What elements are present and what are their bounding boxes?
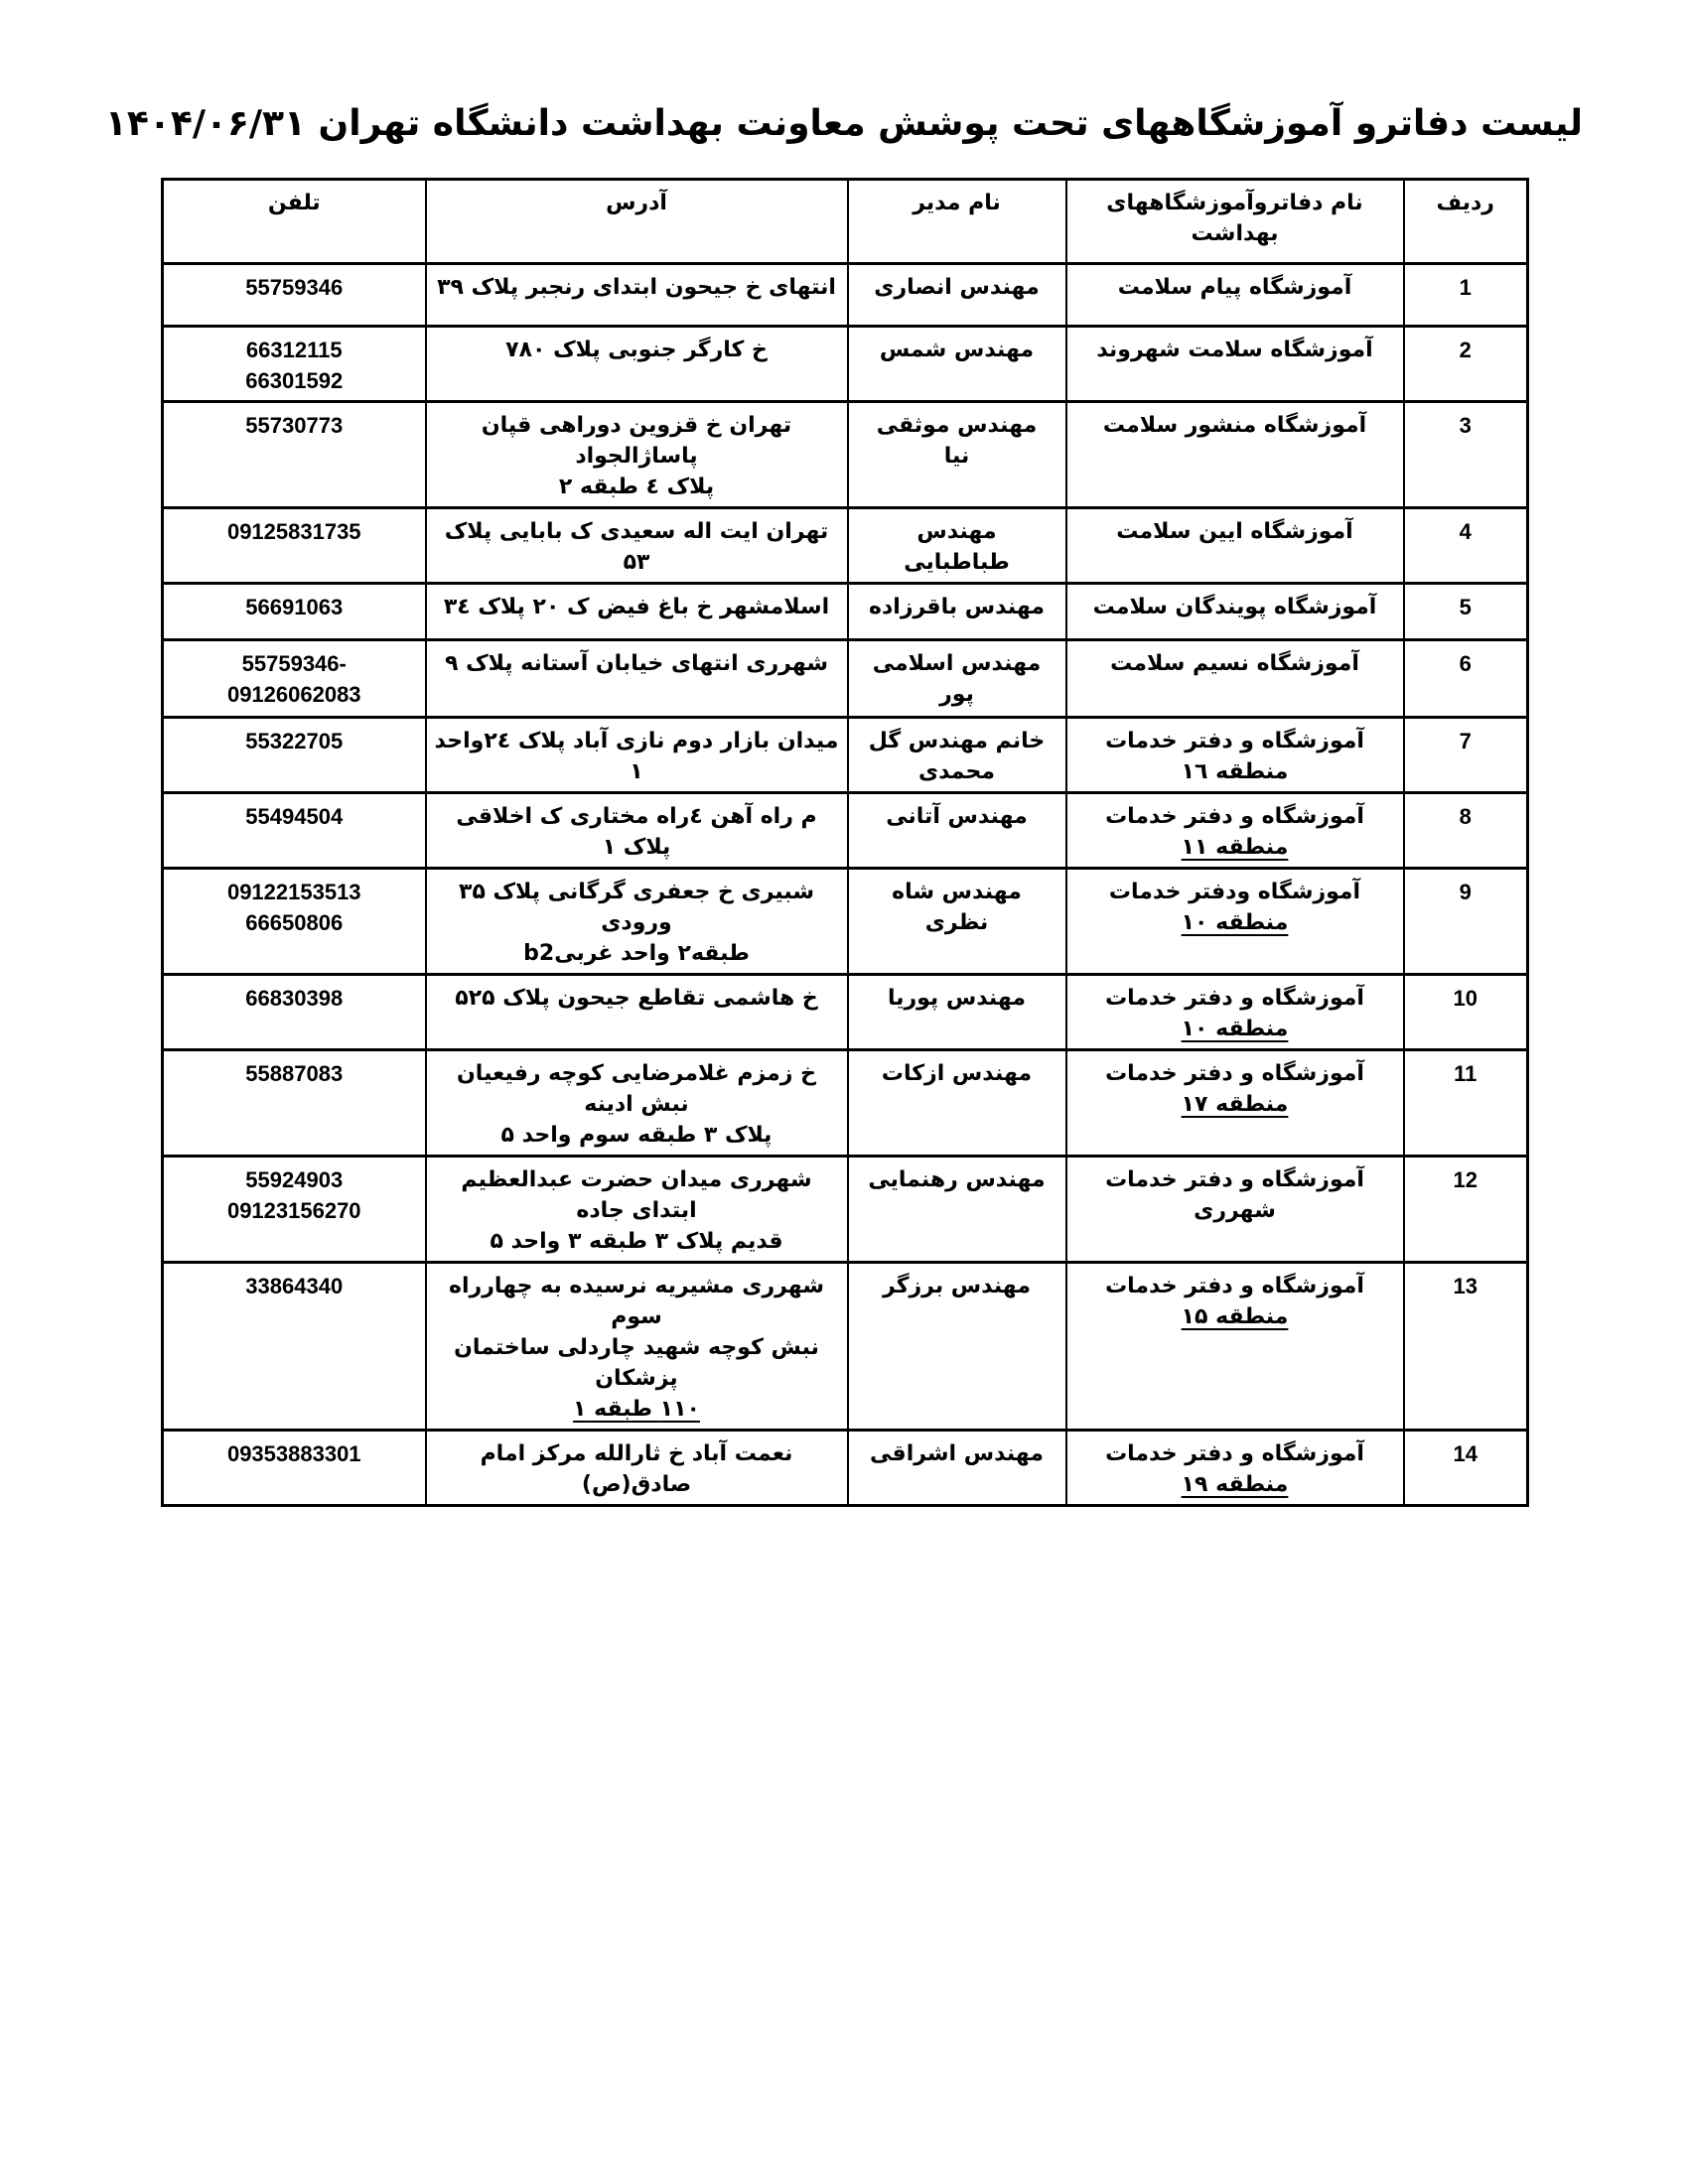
cell-line: 14 bbox=[1411, 1438, 1521, 1469]
cell-line: 66301592 bbox=[170, 365, 419, 396]
header-row: ردیفنام دفاتروآموزشگاههایبهداشتنام مدیرآ… bbox=[163, 180, 1528, 264]
cell-line: پلاک ٤ طبقه ۲ bbox=[433, 472, 841, 502]
cell-line: آدرس bbox=[433, 188, 841, 218]
cell-line: 13 bbox=[1411, 1271, 1521, 1301]
cell-line: 2 bbox=[1411, 335, 1521, 365]
cell-phone: 55730773 bbox=[163, 402, 426, 508]
cell-line: 09125831735 bbox=[170, 516, 419, 547]
cell-line: نام مدیر bbox=[855, 188, 1059, 218]
cell-line: شهرری میدان حضرت عبدالعظیم ابتدای جاده bbox=[433, 1164, 841, 1226]
cell-line: شهرری مشیریه نرسیده به چهارراه سوم bbox=[433, 1271, 841, 1332]
cell-line: 09123156270 bbox=[170, 1195, 419, 1226]
cell-line: آموزشگاه و دفتر خدمات bbox=[1073, 1438, 1397, 1469]
cell-line: 5 bbox=[1411, 592, 1521, 622]
cell-line: پور bbox=[855, 679, 1059, 710]
table-row: 1آموزشگاه پیام سلامتمهندس انصاریانتهای خ… bbox=[163, 264, 1528, 327]
cell-line: خانم مهندس گل bbox=[855, 726, 1059, 756]
cell-line: مهندس اسلامی bbox=[855, 648, 1059, 679]
cell-line: 4 bbox=[1411, 516, 1521, 547]
cell-line: خ کارگر جنوبی پلاک ۷۸۰ bbox=[433, 335, 841, 365]
cell-manager: مهندس رهنمایی bbox=[848, 1157, 1066, 1263]
cell-line: آموزشگاه و دفتر خدمات bbox=[1073, 801, 1397, 832]
cell-manager: مهندس شمس bbox=[848, 327, 1066, 402]
cell-line: 6 bbox=[1411, 648, 1521, 679]
cell-line: مهندس اشراقی bbox=[855, 1438, 1059, 1469]
cell-line: 66650806 bbox=[170, 907, 419, 938]
cell-line: محمدی bbox=[855, 756, 1059, 787]
cell-school-name: آموزشگاه و دفتر خدماتمنطقه ۱۹ bbox=[1066, 1431, 1404, 1506]
cell-address: شبیری خ جعفری گرگانی پلاک ۳۵ ورودیطبقه۲ … bbox=[426, 869, 848, 975]
cell-line: آموزشگاه نسیم سلامت bbox=[1073, 648, 1397, 679]
cell-line: منطقه ۱۱ bbox=[1073, 832, 1397, 863]
cell-line: آموزشگاه منشور سلامت bbox=[1073, 410, 1397, 441]
cell-address: شهرری مشیریه نرسیده به چهارراه سومنبش کو… bbox=[426, 1263, 848, 1431]
table-row: 13آموزشگاه و دفتر خدماتمنطقه ۱۵مهندس برز… bbox=[163, 1263, 1528, 1431]
cell-manager: مهندس ازکات bbox=[848, 1050, 1066, 1157]
offices-table: ردیفنام دفاتروآموزشگاههایبهداشتنام مدیرآ… bbox=[161, 178, 1529, 1507]
cell-line: آموزشگاه و دفتر خدمات bbox=[1073, 1058, 1397, 1089]
cell-line: منطقه ۱٦ bbox=[1073, 756, 1397, 787]
cell-manager: خانم مهندس گلمحمدی bbox=[848, 718, 1066, 793]
cell-line: مهندس آتانی bbox=[855, 801, 1059, 832]
cell-line: نام دفاتروآموزشگاههای bbox=[1073, 188, 1397, 218]
cell-phone: 09353883301 bbox=[163, 1431, 426, 1506]
cell-line: قدیم پلاک ۳ طبقه ۳ واحد ۵ bbox=[433, 1226, 841, 1257]
cell-line: اسلامشهر خ باغ فیض ک ۲۰ پلاک ۳٤ bbox=[433, 592, 841, 622]
cell-line: 66830398 bbox=[170, 983, 419, 1014]
cell-line: آموزشگاه سلامت شهروند bbox=[1073, 335, 1397, 365]
cell-line: مهندس انصاری bbox=[855, 272, 1059, 303]
cell-line: 56691063 bbox=[170, 592, 419, 622]
cell-line: مهندس شمس bbox=[855, 335, 1059, 365]
cell-school-name: آموزشگاه و دفتر خدماتمنطقه ۱۷ bbox=[1066, 1050, 1404, 1157]
col-header-manager: نام مدیر bbox=[848, 180, 1066, 264]
table-body: 1آموزشگاه پیام سلامتمهندس انصاریانتهای خ… bbox=[163, 264, 1528, 1506]
table-header: ردیفنام دفاتروآموزشگاههایبهداشتنام مدیرآ… bbox=[163, 180, 1528, 264]
cell-address: تهران خ قزوین دوراهی قپان پاساژالجوادپلا… bbox=[426, 402, 848, 508]
cell-line: منطقه ۱۹ bbox=[1073, 1469, 1397, 1500]
table-row: 8آموزشگاه و دفتر خدماتمنطقه ۱۱مهندس آتان… bbox=[163, 793, 1528, 869]
cell-line: میدان بازار دوم نازی آباد پلاک ۲٤واحد ۱ bbox=[433, 726, 841, 787]
cell-phone: 55887083 bbox=[163, 1050, 426, 1157]
cell-line: خ هاشمی تقاطع جیحون پلاک ۵۲۵ bbox=[433, 983, 841, 1014]
cell-manager: مهندس آتانی bbox=[848, 793, 1066, 869]
cell-line: 55730773 bbox=[170, 410, 419, 441]
cell-line: 11 bbox=[1411, 1058, 1521, 1089]
col-header-phone: تلفن bbox=[163, 180, 426, 264]
cell-line: مهندس باقرزاده bbox=[855, 592, 1059, 622]
cell-line: تهران خ قزوین دوراهی قپان پاساژالجواد bbox=[433, 410, 841, 472]
table-row: 12آموزشگاه و دفتر خدماتشهرریمهندس رهنمای… bbox=[163, 1157, 1528, 1263]
cell-phone: 33864340 bbox=[163, 1263, 426, 1431]
cell-line: آموزشگاه پویندگان سلامت bbox=[1073, 592, 1397, 622]
cell-address: خ هاشمی تقاطع جیحون پلاک ۵۲۵ bbox=[426, 975, 848, 1050]
cell-row-number: 3 bbox=[1404, 402, 1528, 508]
cell-line: 09122153513 bbox=[170, 877, 419, 907]
cell-manager: مهندسطباطبایی bbox=[848, 508, 1066, 584]
cell-school-name: آموزشگاه پیام سلامت bbox=[1066, 264, 1404, 327]
table-row: 2آموزشگاه سلامت شهروندمهندس شمسخ کارگر ج… bbox=[163, 327, 1528, 402]
cell-line: پلاک ۳ طبقه سوم واحد ۵ bbox=[433, 1120, 841, 1151]
table-row: 3آموزشگاه منشور سلامتمهندس موثقینیاتهران… bbox=[163, 402, 1528, 508]
cell-line: 10 bbox=[1411, 983, 1521, 1014]
cell-line: منطقه ۱۰ bbox=[1073, 907, 1397, 938]
cell-address: انتهای خ جیحون ابتدای رنجبر پلاک ۳۹ bbox=[426, 264, 848, 327]
cell-school-name: آموزشگاه ودفتر خدماتمنطقه ۱۰ bbox=[1066, 869, 1404, 975]
cell-phone: 66830398 bbox=[163, 975, 426, 1050]
cell-line: 66312115 bbox=[170, 335, 419, 365]
cell-school-name: آموزشگاه و دفتر خدماتمنطقه ۱۰ bbox=[1066, 975, 1404, 1050]
cell-address: اسلامشهر خ باغ فیض ک ۲۰ پلاک ۳٤ bbox=[426, 584, 848, 640]
cell-row-number: 10 bbox=[1404, 975, 1528, 1050]
cell-line: 9 bbox=[1411, 877, 1521, 907]
cell-line: 3 bbox=[1411, 410, 1521, 441]
cell-line: 55759346- bbox=[170, 648, 419, 679]
cell-line: 33864340 bbox=[170, 1271, 419, 1301]
cell-line: آموزشگاه و دفتر خدمات bbox=[1073, 983, 1397, 1014]
table-row: 4آموزشگاه ایین سلامتمهندسطباطباییتهران ا… bbox=[163, 508, 1528, 584]
cell-line: ۱۱۰ طبقه ۱ bbox=[433, 1394, 841, 1425]
cell-line: تلفن bbox=[170, 188, 419, 218]
table-row: 11آموزشگاه و دفتر خدماتمنطقه ۱۷مهندس ازک… bbox=[163, 1050, 1528, 1157]
cell-line: 55322705 bbox=[170, 726, 419, 756]
cell-line: نعمت آباد خ ثارالله مرکز امام صادق(ص) bbox=[433, 1438, 841, 1500]
cell-manager: مهندس اشراقی bbox=[848, 1431, 1066, 1506]
cell-phone: 09125831735 bbox=[163, 508, 426, 584]
cell-line: مهندس پوریا bbox=[855, 983, 1059, 1014]
cell-line: آموزشگاه ودفتر خدمات bbox=[1073, 877, 1397, 907]
cell-school-name: آموزشگاه و دفتر خدماتمنطقه ۱۵ bbox=[1066, 1263, 1404, 1431]
cell-line: نظری bbox=[855, 907, 1059, 938]
cell-address: خ زمزم غلامرضایی کوچه رفیعیان نبش ادینهپ… bbox=[426, 1050, 848, 1157]
cell-line: ردیف bbox=[1411, 188, 1521, 218]
cell-manager: مهندس شاهنظری bbox=[848, 869, 1066, 975]
cell-row-number: 1 bbox=[1404, 264, 1528, 327]
cell-address: نعمت آباد خ ثارالله مرکز امام صادق(ص) bbox=[426, 1431, 848, 1506]
cell-row-number: 11 bbox=[1404, 1050, 1528, 1157]
cell-phone: 0912215351366650806 bbox=[163, 869, 426, 975]
cell-phone: 55759346 bbox=[163, 264, 426, 327]
cell-school-name: آموزشگاه و دفتر خدماتمنطقه ۱٦ bbox=[1066, 718, 1404, 793]
page-title: لیست دفاترو آموزشگاههای تحت پوشش معاونت … bbox=[0, 0, 1688, 178]
cell-line: طباطبایی bbox=[855, 547, 1059, 578]
cell-school-name: آموزشگاه نسیم سلامت bbox=[1066, 640, 1404, 718]
col-header-name: نام دفاتروآموزشگاههایبهداشت bbox=[1066, 180, 1404, 264]
cell-phone: 55322705 bbox=[163, 718, 426, 793]
document-page: لیست دفاترو آموزشگاههای تحت پوشش معاونت … bbox=[0, 0, 1688, 2184]
cell-manager: مهندس موثقینیا bbox=[848, 402, 1066, 508]
table-row: 14آموزشگاه و دفتر خدماتمنطقه ۱۹مهندس اشر… bbox=[163, 1431, 1528, 1506]
col-header-rownum: ردیف bbox=[1404, 180, 1528, 264]
cell-address: م راه آهن ٤راه مختاری ک اخلاقی پلاک ۱ bbox=[426, 793, 848, 869]
table-row: 7آموزشگاه و دفتر خدماتمنطقه ۱٦خانم مهندس… bbox=[163, 718, 1528, 793]
cell-line: شهرری bbox=[1073, 1195, 1397, 1226]
cell-line: آموزشگاه و دفتر خدمات bbox=[1073, 726, 1397, 756]
cell-line: خ زمزم غلامرضایی کوچه رفیعیان نبش ادینه bbox=[433, 1058, 841, 1120]
cell-line: مهندس رهنمایی bbox=[855, 1164, 1059, 1195]
cell-row-number: 9 bbox=[1404, 869, 1528, 975]
cell-line: 55759346 bbox=[170, 272, 419, 303]
cell-phone: 5592490309123156270 bbox=[163, 1157, 426, 1263]
cell-school-name: آموزشگاه سلامت شهروند bbox=[1066, 327, 1404, 402]
cell-line: مهندس موثقی bbox=[855, 410, 1059, 441]
cell-school-name: آموزشگاه و دفتر خدماتشهرری bbox=[1066, 1157, 1404, 1263]
cell-line: نیا bbox=[855, 441, 1059, 472]
cell-line: 12 bbox=[1411, 1164, 1521, 1195]
cell-line: شبیری خ جعفری گرگانی پلاک ۳۵ ورودی bbox=[433, 877, 841, 938]
col-header-address: آدرس bbox=[426, 180, 848, 264]
cell-row-number: 7 bbox=[1404, 718, 1528, 793]
table-row: 5آموزشگاه پویندگان سلامتمهندس باقرزادهاس… bbox=[163, 584, 1528, 640]
cell-line: 55494504 bbox=[170, 801, 419, 832]
cell-line: آموزشگاه پیام سلامت bbox=[1073, 272, 1397, 303]
cell-line: 55924903 bbox=[170, 1164, 419, 1195]
cell-phone: 55759346-09126062083 bbox=[163, 640, 426, 718]
cell-row-number: 4 bbox=[1404, 508, 1528, 584]
cell-line: مهندس ازکات bbox=[855, 1058, 1059, 1089]
cell-line: 09126062083 bbox=[170, 679, 419, 710]
cell-school-name: آموزشگاه و دفتر خدماتمنطقه ۱۱ bbox=[1066, 793, 1404, 869]
cell-row-number: 13 bbox=[1404, 1263, 1528, 1431]
cell-phone: 6631211566301592 bbox=[163, 327, 426, 402]
cell-address: خ کارگر جنوبی پلاک ۷۸۰ bbox=[426, 327, 848, 402]
table-row: 10آموزشگاه و دفتر خدماتمنطقه ۱۰مهندس پور… bbox=[163, 975, 1528, 1050]
cell-line: منطقه ۱۰ bbox=[1073, 1014, 1397, 1044]
cell-row-number: 8 bbox=[1404, 793, 1528, 869]
cell-line: 55887083 bbox=[170, 1058, 419, 1089]
cell-phone: 56691063 bbox=[163, 584, 426, 640]
cell-row-number: 12 bbox=[1404, 1157, 1528, 1263]
cell-school-name: آموزشگاه پویندگان سلامت bbox=[1066, 584, 1404, 640]
cell-address: میدان بازار دوم نازی آباد پلاک ۲٤واحد ۱ bbox=[426, 718, 848, 793]
cell-row-number: 5 bbox=[1404, 584, 1528, 640]
cell-manager: مهندس انصاری bbox=[848, 264, 1066, 327]
table-row: 6آموزشگاه نسیم سلامتمهندس اسلامیپورشهرری… bbox=[163, 640, 1528, 718]
cell-phone: 55494504 bbox=[163, 793, 426, 869]
cell-line: 1 bbox=[1411, 272, 1521, 303]
cell-line: آموزشگاه و دفتر خدمات bbox=[1073, 1271, 1397, 1301]
cell-manager: مهندس پوریا bbox=[848, 975, 1066, 1050]
table-row: 9آموزشگاه ودفتر خدماتمنطقه ۱۰مهندس شاهنظ… bbox=[163, 869, 1528, 975]
cell-manager: مهندس اسلامیپور bbox=[848, 640, 1066, 718]
cell-row-number: 14 bbox=[1404, 1431, 1528, 1506]
cell-manager: مهندس برزگر bbox=[848, 1263, 1066, 1431]
cell-row-number: 2 bbox=[1404, 327, 1528, 402]
cell-line: انتهای خ جیحون ابتدای رنجبر پلاک ۳۹ bbox=[433, 272, 841, 303]
cell-address: شهرری انتهای خیابان آستانه پلاک ۹ bbox=[426, 640, 848, 718]
cell-line: مهندس bbox=[855, 516, 1059, 547]
cell-line: منطقه ۱۵ bbox=[1073, 1301, 1397, 1332]
cell-line: مهندس شاه bbox=[855, 877, 1059, 907]
cell-manager: مهندس باقرزاده bbox=[848, 584, 1066, 640]
cell-line: بهداشت bbox=[1073, 218, 1397, 249]
cell-line: نبش کوچه شهید چاردلی ساختمان پزشکان bbox=[433, 1332, 841, 1394]
cell-line: آموزشگاه و دفتر خدمات bbox=[1073, 1164, 1397, 1195]
cell-line: منطقه ۱۷ bbox=[1073, 1089, 1397, 1120]
cell-address: تهران ایت اله سعیدی ک بابایی پلاک ۵۳ bbox=[426, 508, 848, 584]
cell-line: مهندس برزگر bbox=[855, 1271, 1059, 1301]
cell-line: آموزشگاه ایین سلامت bbox=[1073, 516, 1397, 547]
cell-row-number: 6 bbox=[1404, 640, 1528, 718]
cell-school-name: آموزشگاه ایین سلامت bbox=[1066, 508, 1404, 584]
cell-line: م راه آهن ٤راه مختاری ک اخلاقی پلاک ۱ bbox=[433, 801, 841, 863]
cell-address: شهرری میدان حضرت عبدالعظیم ابتدای جادهقد… bbox=[426, 1157, 848, 1263]
cell-line: تهران ایت اله سعیدی ک بابایی پلاک ۵۳ bbox=[433, 516, 841, 578]
cell-line: شهرری انتهای خیابان آستانه پلاک ۹ bbox=[433, 648, 841, 679]
cell-line: 7 bbox=[1411, 726, 1521, 756]
cell-school-name: آموزشگاه منشور سلامت bbox=[1066, 402, 1404, 508]
cell-line: طبقه۲ واحد غربیb2 bbox=[433, 938, 841, 969]
cell-line: 8 bbox=[1411, 801, 1521, 832]
cell-line: 09353883301 bbox=[170, 1438, 419, 1469]
